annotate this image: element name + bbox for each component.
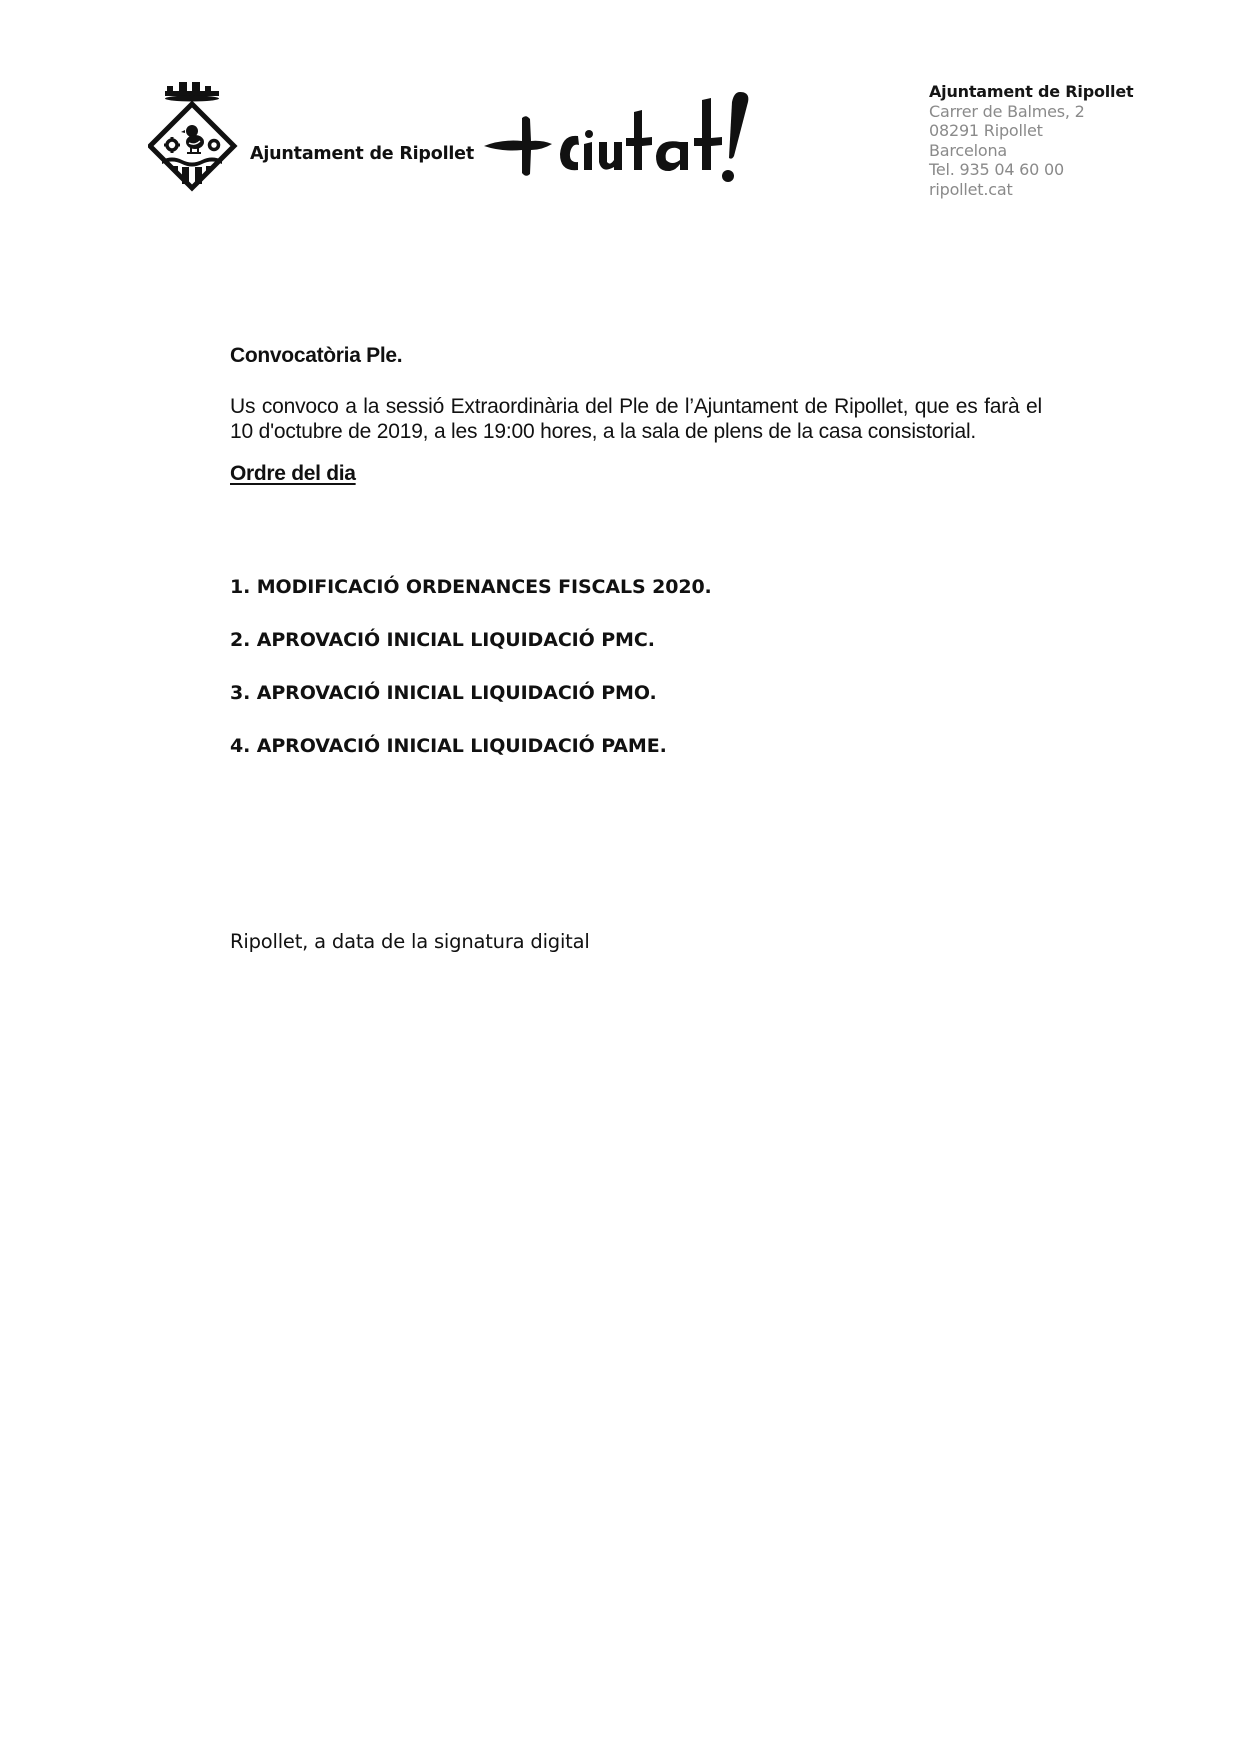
campaign-mark-logo <box>482 90 752 190</box>
address-website: ripollet.cat <box>929 180 1133 200</box>
document-page: Ajuntament de Ripollet Ajuntament de Rip… <box>0 0 1240 1754</box>
address-street: Carrer de Balmes, 2 <box>929 102 1133 122</box>
agenda-heading: Ordre del dia <box>230 462 1042 486</box>
agenda-list: 1. MODIFICACIÓ ORDENANCES FISCALS 2020. … <box>230 576 1042 788</box>
address-province: Barcelona <box>929 141 1133 161</box>
signature-line: Ripollet, a data de la signatura digital <box>230 930 590 953</box>
coat-of-arms-icon <box>148 82 240 194</box>
convocation-paragraph: Us convoco a la sessió Extraordinària de… <box>230 394 1042 444</box>
agenda-item: 1. MODIFICACIÓ ORDENANCES FISCALS 2020. <box>230 576 1042 629</box>
agenda-item: 2. APROVACIÓ INICIAL LIQUIDACIÓ PMC. <box>230 629 1042 682</box>
agenda-item: 4. APROVACIÓ INICIAL LIQUIDACIÓ PAME. <box>230 735 1042 788</box>
address-phone: Tel. 935 04 60 00 <box>929 160 1133 180</box>
document-body: Convocatòria Ple. Us convoco a la sessió… <box>230 344 1042 788</box>
agenda-item: 3. APROVACIÓ INICIAL LIQUIDACIÓ PMO. <box>230 682 1042 735</box>
address-block: Ajuntament de Ripollet Carrer de Balmes,… <box>929 82 1133 199</box>
address-postcode-city: 08291 Ripollet <box>929 121 1133 141</box>
institution-name: Ajuntament de Ripollet <box>250 144 474 164</box>
address-title: Ajuntament de Ripollet <box>929 82 1133 102</box>
header-logo: Ajuntament de Ripollet <box>148 82 752 194</box>
document-title: Convocatòria Ple. <box>230 344 1042 368</box>
